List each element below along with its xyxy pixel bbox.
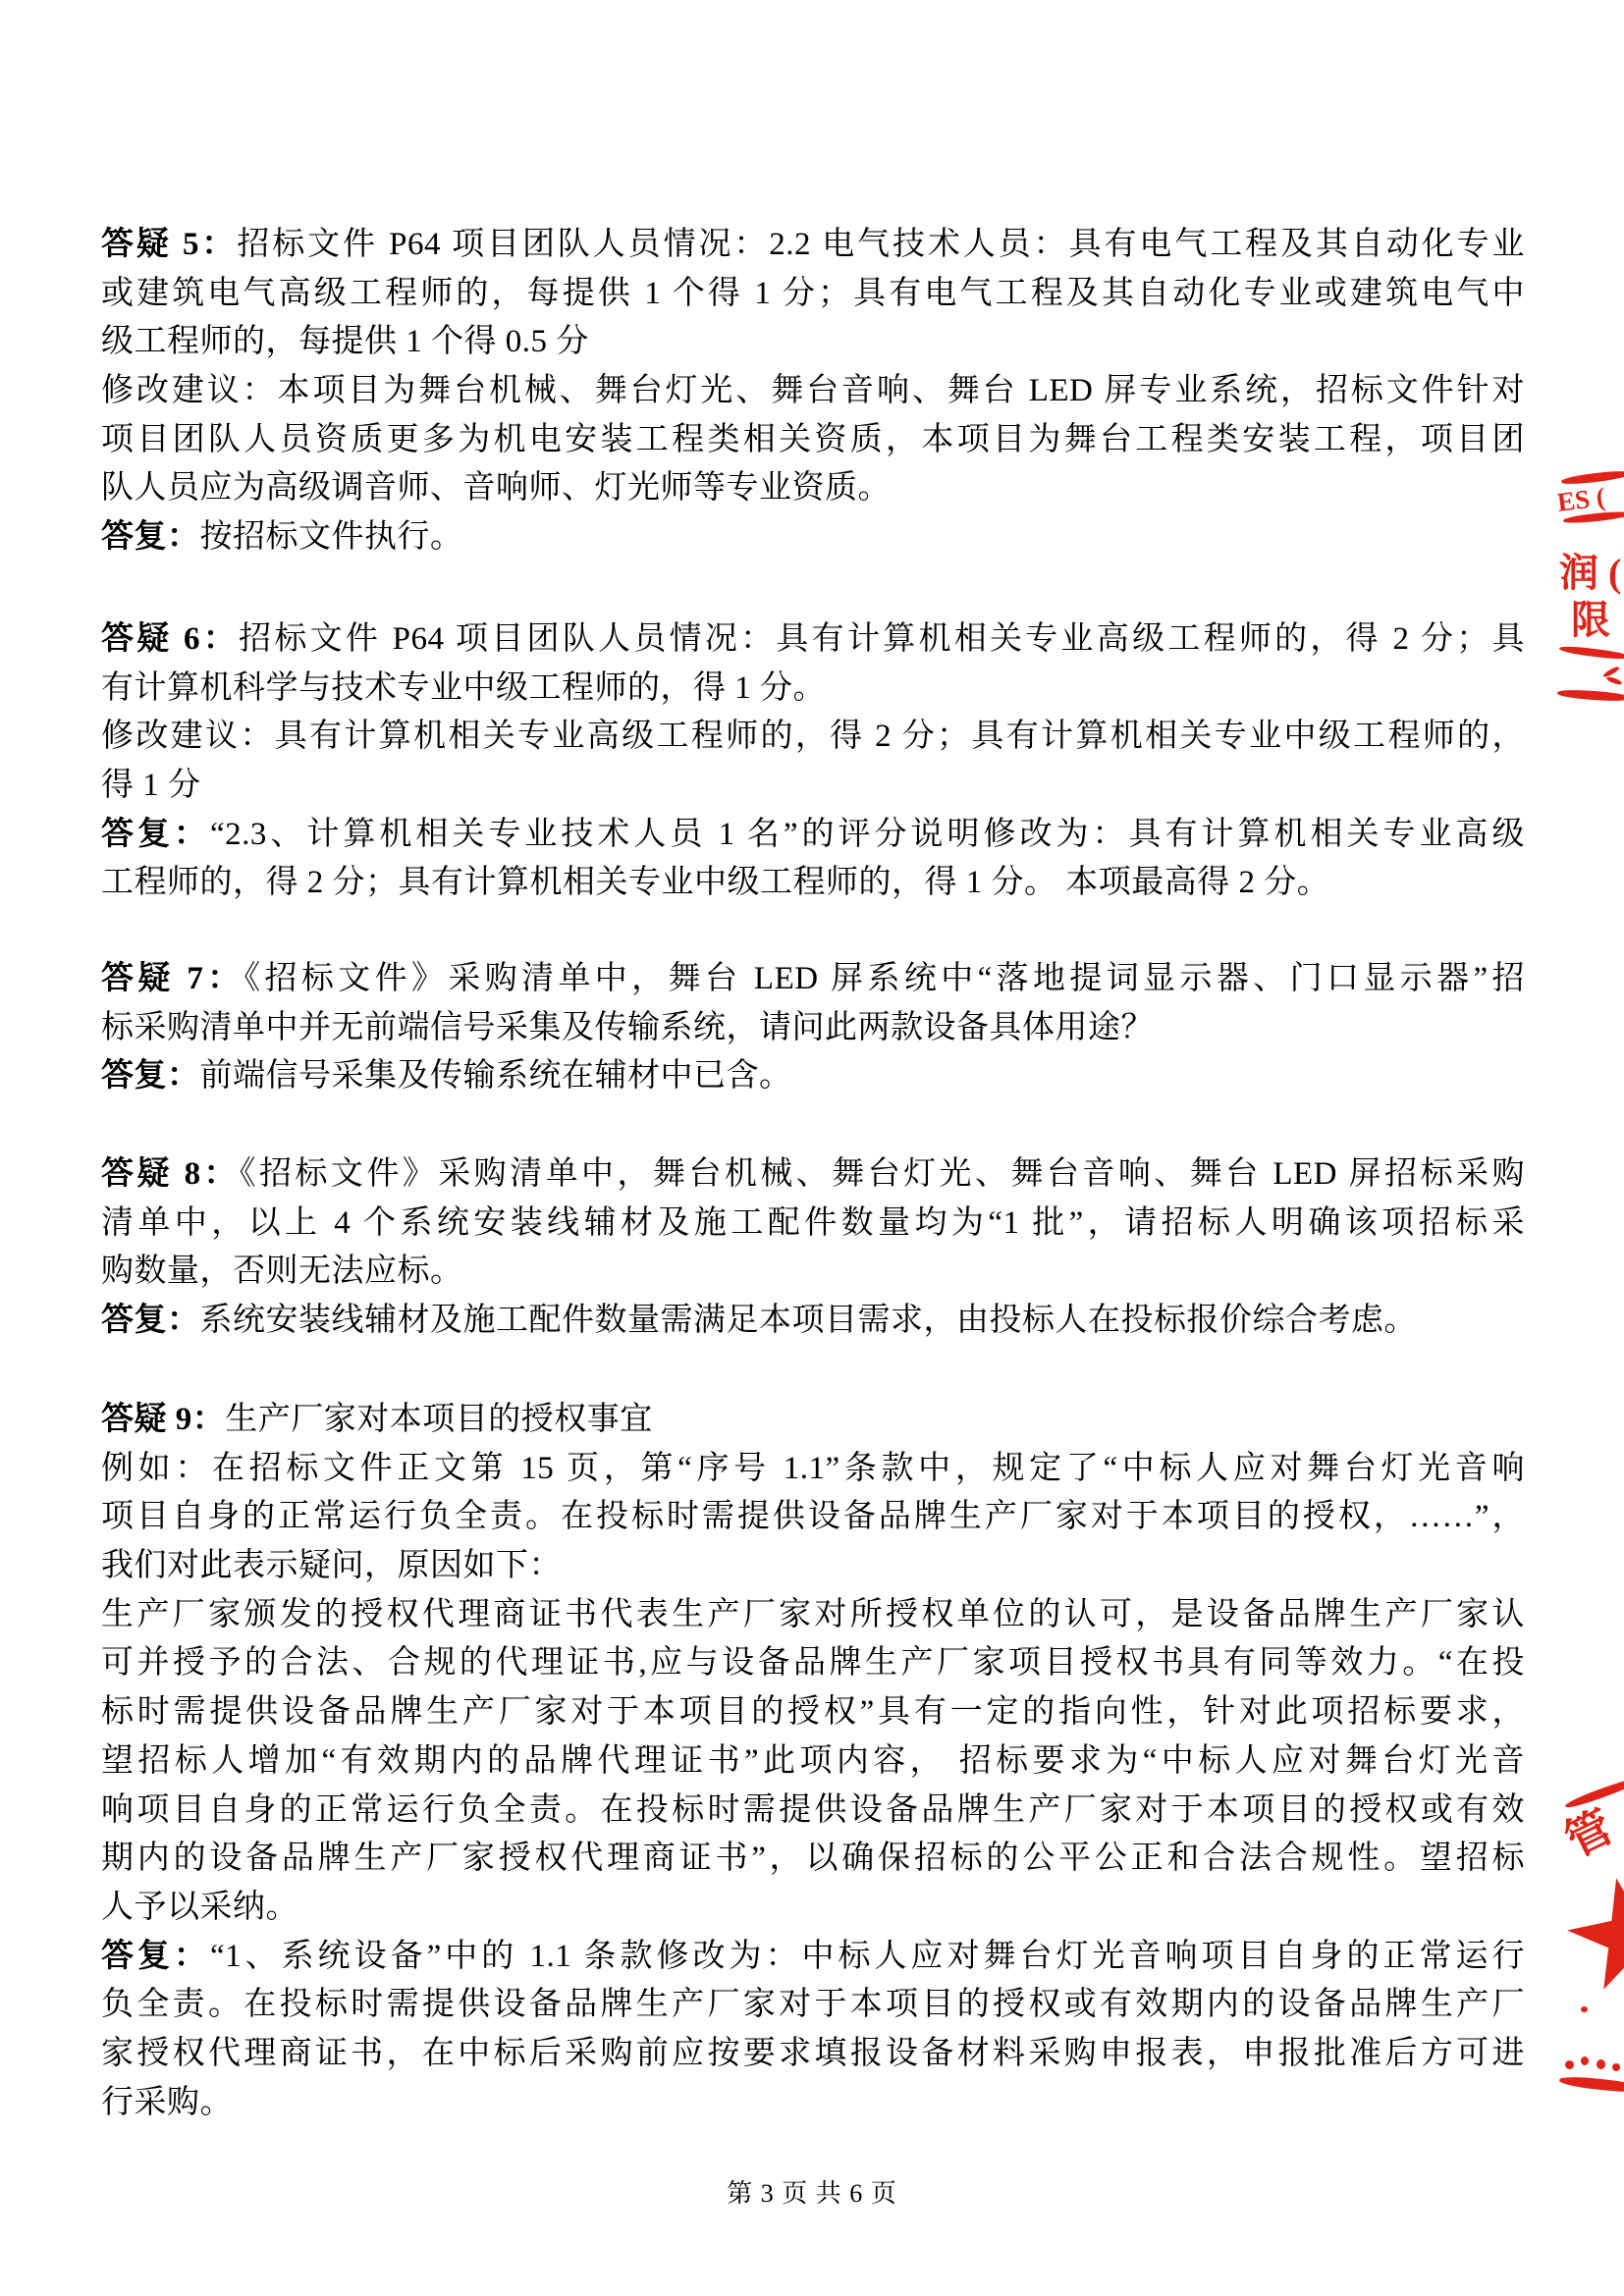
- text-line: 级工程师的，每提供 1 个得 0.5 分: [101, 318, 1525, 367]
- line-text: 期内的设备品牌生产厂家授权代理商证书”，以确保招标的公平公正和合法合规性。望招标: [101, 1841, 1525, 1876]
- line-text: 有计算机科学与技术专业中级工程师的，得 1 分。: [101, 670, 826, 706]
- text-line: 负全责。在投标时需提供设备品牌生产厂家对于本项目的授权或有效期内的设备品牌生产厂: [101, 1981, 1525, 2030]
- line-text: 修改建议：具有计算机相关专业高级工程师的，得 2 分；具有计算机相关专业中级工程…: [101, 719, 1525, 754]
- text-line: 有计算机科学与技术专业中级工程师的，得 1 分。: [101, 665, 1525, 714]
- text-line: 工程师的，得 2 分；具有计算机相关专业中级工程师的，得 1 分。 本项最高得 …: [101, 859, 1525, 908]
- text-line: 望招标人增加“有效期内的品牌代理证书”此项内容， 招标要求为“中标人应对舞台灯光…: [101, 1737, 1525, 1787]
- line-label: 答复：: [101, 1058, 200, 1094]
- text-line: 答复：“2.3、计算机相关专业技术人员 1 名”的评分说明修改为：具有计算机相关…: [101, 811, 1525, 860]
- qa-section-7: 答疑 7：《招标文件》采购清单中，舞台 LED 屏系统中“落地提词显示器、门口显…: [101, 955, 1525, 1101]
- line-text: 项目自身的正常运行负全责。在投标时需提供设备品牌生产厂家对于本项目的授权，……”…: [101, 1499, 1525, 1534]
- stamp-arc: [1612, 2063, 1620, 2071]
- stamp-arc: [1557, 688, 1624, 702]
- text-line: 我们对此表示疑问，原因如下：: [101, 1542, 1525, 1591]
- text-line: 例如：在招标文件正文第 15 页，第“序号 1.1”条款中，规定了“中标人应对舞…: [101, 1445, 1525, 1494]
- line-label: 答复：: [101, 519, 200, 555]
- line-text: 响项目自身的正常运行负全责。在投标时需提供设备品牌生产厂家对于本项目的授权或有效: [101, 1792, 1525, 1828]
- text-line: 行采购。: [101, 2079, 1525, 2128]
- line-text: 招标文件 P64 项目团队人员情况：具有计算机相关专业高级工程师的，得 2 分；…: [239, 621, 1525, 657]
- text-line: 答疑 5：招标文件 P64 项目团队人员情况：2.2 电气技术人员：具有电气工程…: [101, 221, 1525, 270]
- page-footer: 第 3 页 共 6 页: [0, 2173, 1624, 2210]
- text-line: 答疑 9：生产厂家对本项目的授权事宜: [101, 1396, 1525, 1445]
- text-line: 购数量，否则无法应标。: [101, 1248, 1525, 1297]
- line-text: “2.3、计算机相关专业技术人员 1 名”的评分说明修改为：具有计算机相关专业高…: [210, 817, 1525, 852]
- stamp-lower: 管: [1557, 1773, 1624, 2107]
- line-text: 负全责。在投标时需提供设备品牌生产厂家对于本项目的授权或有效期内的设备品牌生产厂: [101, 1987, 1525, 2022]
- text-line: 响项目自身的正常运行负全责。在投标时需提供设备品牌生产厂家对于本项目的授权或有效: [101, 1787, 1525, 1836]
- stamp-arc: [1581, 2056, 1589, 2065]
- text-line: 家授权代理商证书，在中标后采购前应按要求填报设备材料采购申报表，申报批准后方可进: [101, 2030, 1525, 2079]
- stamp-arc: [1597, 2059, 1605, 2069]
- text-line: 清单中，以上 4 个系统安装线辅材及施工配件数量均为“1 批”，请招标人明确该项…: [101, 1200, 1525, 1249]
- line-label: 答疑 7：: [101, 961, 244, 996]
- text-line: 答复：“1、系统设备”中的 1.1 条款修改为：中标人应对舞台灯光音响项目自身的…: [101, 1933, 1525, 1982]
- stamp-arc: [1559, 645, 1624, 662]
- line-text: 人予以采纳。: [101, 1890, 298, 1925]
- stamp-char: 管: [1557, 1791, 1622, 1869]
- line-text: 我们对此表示疑问，原因如下：: [101, 1548, 562, 1583]
- text-line: 队人员应为高级调音师、音响师、灯光师等专业资质。: [101, 464, 1525, 513]
- line-label: 答复：: [101, 817, 210, 852]
- line-text: “1、系统设备”中的 1.1 条款修改为：中标人应对舞台灯光音响项目自身的正常运…: [210, 1939, 1525, 1974]
- line-label: 答疑 8：: [101, 1156, 240, 1192]
- text-line: 期内的设备品牌生产厂家授权代理商证书”，以确保招标的公平公正和合法合规性。望招标: [101, 1835, 1525, 1884]
- line-label: 答疑 6：: [101, 621, 239, 657]
- line-text: 标采购清单中并无前端信号采集及传输系统，请问此两款设备具体用途？: [101, 1010, 1154, 1045]
- line-label: 答复：: [101, 1939, 210, 1974]
- text-line: 答疑 8：《招标文件》采购清单中，舞台机械、舞台灯光、舞台音响、舞台 LED 屏…: [101, 1150, 1525, 1200]
- text-line: 项目团队人员资质更多为机电安装工程类相关资质，本项目为舞台工程类安装工程，项目团: [101, 416, 1525, 465]
- line-text: 级工程师的，每提供 1 个得 0.5 分: [101, 324, 589, 359]
- text-line: 答复：前端信号采集及传输系统在辅材中已含。: [101, 1052, 1525, 1101]
- text-line: 人予以采纳。: [101, 1884, 1525, 1933]
- line-text: 行采购。: [101, 2085, 233, 2120]
- line-label: 答复：: [101, 1303, 200, 1338]
- text-line: 修改建议：具有计算机相关专业高级工程师的，得 2 分；具有计算机相关专业中级工程…: [101, 713, 1525, 762]
- qa-section-5: 答疑 5：招标文件 P64 项目团队人员情况：2.2 电气技术人员：具有电气工程…: [101, 221, 1525, 562]
- line-text: 可并授予的合法、合规的代理证书,应与设备品牌生产厂家项目授权书具有同等效力。“在…: [101, 1645, 1525, 1681]
- line-text: 按招标文件执行。: [200, 519, 463, 555]
- text-line: 可并授予的合法、合规的代理证书,应与设备品牌生产厂家项目授权书具有同等效力。“在…: [101, 1639, 1525, 1688]
- line-text: 例如：在招标文件正文第 15 页，第“序号 1.1”条款中，规定了“中标人应对舞…: [101, 1451, 1525, 1486]
- line-text: 生产厂家颁发的授权代理商证书代表生产厂家对所授权单位的认可，是设备品牌生产厂家认: [101, 1597, 1525, 1632]
- line-text: 修改建议：本项目为舞台机械、舞台灯光、舞台音响、舞台 LED 屏专业系统，招标文…: [101, 373, 1525, 408]
- line-label: 答疑 9：: [101, 1402, 225, 1437]
- text-line: 答复：系统安装线辅材及施工配件数量需满足本项目需求，由投标人在投标报价综合考虑。: [101, 1297, 1525, 1346]
- line-text: 生产厂家对本项目的授权事宜: [225, 1402, 653, 1437]
- line-text: 得 1 分: [101, 768, 201, 803]
- text-line: 或建筑电气高级工程师的，每提供 1 个得 1 分；具有电气工程及其自动化专业或建…: [101, 270, 1525, 319]
- line-text: 工程师的，得 2 分；具有计算机相关专业中级工程师的，得 1 分。 本项最高得 …: [101, 865, 1329, 900]
- line-text: 项目团队人员资质更多为机电安装工程类相关资质，本项目为舞台工程类安装工程，项目团: [101, 422, 1525, 457]
- line-label: 答疑 5：: [101, 227, 237, 262]
- line-text: 家授权代理商证书，在中标后采购前应按要求填报设备材料采购申报表，申报批准后方可进: [101, 2036, 1525, 2071]
- stamp-arc: [1559, 2075, 1624, 2095]
- qa-section-9: 答疑 9：生产厂家对本项目的授权事宜例如：在招标文件正文第 15 页，第“序号 …: [101, 1396, 1525, 2127]
- star-icon: [1557, 1865, 1624, 2004]
- line-text: 系统安装线辅材及施工配件数量需满足本项目需求，由投标人在投标报价综合考虑。: [200, 1303, 1418, 1338]
- line-text: 清单中，以上 4 个系统安装线辅材及施工配件数量均为“1 批”，请招标人明确该项…: [101, 1205, 1525, 1241]
- line-text: 前端信号采集及传输系统在辅材中已含。: [200, 1058, 792, 1094]
- text-line: 标采购清单中并无前端信号采集及传输系统，请问此两款设备具体用途？: [101, 1004, 1525, 1053]
- text-line: 答疑 7：《招标文件》采购清单中，舞台 LED 屏系统中“落地提词显示器、门口显…: [101, 955, 1525, 1004]
- text-line: 标时需提供设备品牌生产厂家对于本项目的授权”具有一定的指向性，针对此项招标要求，: [101, 1688, 1525, 1737]
- text-line: 答复：按招标文件执行。: [101, 513, 1525, 562]
- line-text: 标时需提供设备品牌生产厂家对于本项目的授权”具有一定的指向性，针对此项招标要求，: [101, 1694, 1525, 1730]
- line-text: 购数量，否则无法应标。: [101, 1254, 463, 1289]
- qa-section-6: 答疑 6：招标文件 P64 项目团队人员情况：具有计算机相关专业高级工程师的，得…: [101, 615, 1525, 908]
- text-line: 修改建议：本项目为舞台机械、舞台灯光、舞台音响、舞台 LED 屏专业系统，招标文…: [101, 367, 1525, 416]
- line-text: 队人员应为高级调音师、音响师、灯光师等专业资质。: [101, 470, 891, 506]
- line-text: 招标文件 P64 项目团队人员情况：2.2 电气技术人员：具有电气工程及其自动化…: [237, 227, 1525, 262]
- text-line: 项目自身的正常运行负全责。在投标时需提供设备品牌生产厂家对于本项目的授权，……”…: [101, 1493, 1525, 1542]
- stamp-arc: [1581, 2006, 1588, 2012]
- stamp-arc: [1606, 675, 1623, 685]
- line-text: 望招标人增加“有效期内的品牌代理证书”此项内容， 招标要求为“中标人应对舞台灯光…: [101, 1743, 1525, 1779]
- text-line: 得 1 分: [101, 762, 1525, 811]
- line-text: 或建筑电气高级工程师的，每提供 1 个得 1 分；具有电气工程及其自动化专业或建…: [101, 276, 1525, 311]
- stamp-arc: [1565, 2060, 1574, 2069]
- stamp-char: 限: [1571, 589, 1610, 645]
- line-text: 《招标文件》采购清单中，舞台机械、舞台灯光、舞台音响、舞台 LED 屏招标采购: [240, 1156, 1525, 1192]
- line-text: 《招标文件》采购清单中，舞台 LED 屏系统中“落地提词显示器、门口显示器”招: [244, 961, 1525, 996]
- qa-section-8: 答疑 8：《招标文件》采购清单中，舞台机械、舞台灯光、舞台音响、舞台 LED 屏…: [101, 1150, 1525, 1346]
- text-line: 生产厂家颁发的授权代理商证书代表生产厂家对所授权单位的认可，是设备品牌生产厂家认: [101, 1591, 1525, 1640]
- text-line: 答疑 6：招标文件 P64 项目团队人员情况：具有计算机相关专业高级工程师的，得…: [101, 615, 1525, 665]
- page: 答疑 5：招标文件 P64 项目团队人员情况：2.2 电气技术人员：具有电气工程…: [0, 0, 1624, 2296]
- stamp-upper: ES ( 润 ( 限: [1557, 467, 1624, 708]
